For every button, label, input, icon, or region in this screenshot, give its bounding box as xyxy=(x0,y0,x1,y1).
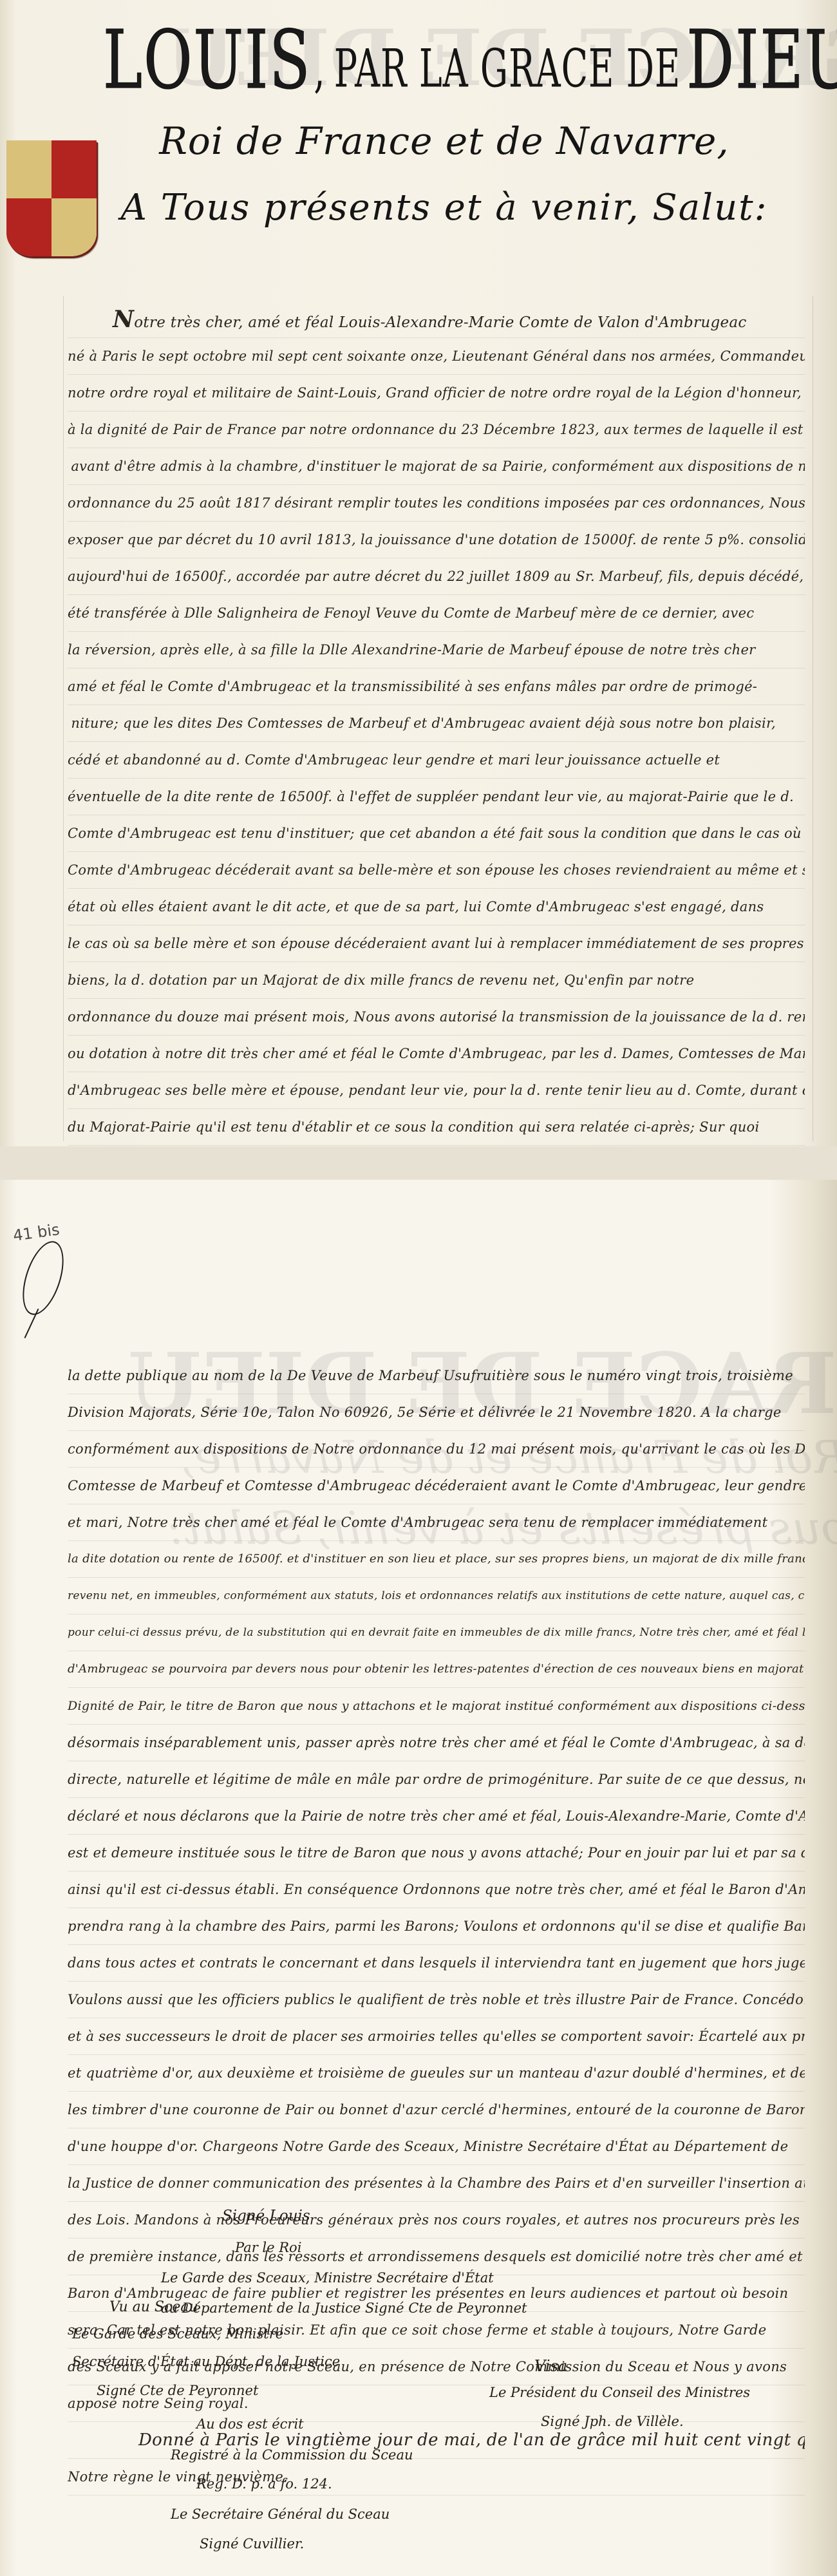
text-line: et quatrième d'or, aux deuxième et trois… xyxy=(68,2055,805,2092)
text-line: la Justice de donner communication des p… xyxy=(68,2165,805,2202)
left-block-signature: Signé Cte de Peyronnet xyxy=(97,2383,258,2398)
shield-quarter-or-2 xyxy=(52,198,97,256)
garde-des-sceaux-line2: au Département de la Justice Signé Cte d… xyxy=(161,2300,527,2316)
secretaire-general: Le Secrétaire Général du Sceau xyxy=(171,2506,390,2522)
text-line: est et demeure instituée sous le titre d… xyxy=(68,1835,805,1871)
text-line: Comte d'Ambrugeac est tenu d'instituer; … xyxy=(68,815,805,852)
title-dieu: DIEU xyxy=(686,14,837,106)
text-line: éventuelle de la dite rente de 16500f. à… xyxy=(68,779,805,815)
text-line: né à Paris le sept octobre mil sept cent… xyxy=(68,338,805,375)
page-gap xyxy=(0,1146,837,1180)
text-line: dans tous actes et contrats le concernan… xyxy=(68,1945,805,1982)
text-line: la dette publique au nom de la De Veuve … xyxy=(68,1358,805,1394)
text-line: amé et féal le Comte d'Ambrugeac et la t… xyxy=(68,668,805,705)
registre-reference: Reg. D. p. a fo. 124. xyxy=(196,2476,332,2492)
text-line: et mari, Notre très cher amé et féal le … xyxy=(68,1504,805,1541)
document-page-1: LOUIS, PAR LA GRACE DE DIEU LOUIS, PAR L… xyxy=(0,0,837,1180)
text-line: biens, la d. dotation par un Majorat de … xyxy=(68,962,805,999)
shield-quarter-gueules-2 xyxy=(6,198,52,256)
text-line: Comtesse de Marbeuf et Comtesse d'Ambrug… xyxy=(68,1468,805,1504)
text-line: les timbrer d'une couronne de Pair ou bo… xyxy=(68,2092,805,2128)
text-line: Notre règne le vingt neuvième. xyxy=(68,2459,805,2495)
visa: Visa xyxy=(534,2357,567,2375)
text-line: la réversion, après elle, à sa fille la … xyxy=(68,632,805,668)
text-line: et à ses successeurs le droit de placer … xyxy=(68,2018,805,2055)
president-conseil-line1: Le Président du Conseil des Ministres xyxy=(489,2385,750,2400)
text-line: notre ordre royal et militaire de Saint-… xyxy=(68,375,805,412)
text-line: cédé et abandonné au d. Comte d'Ambrugea… xyxy=(68,742,805,779)
text-line: des Lois. Mandons à nos Procureurs génér… xyxy=(68,2202,805,2239)
signature-cuvillier: Signé Cuvillier. xyxy=(200,2536,304,2552)
president-conseil-signature: Signé Jph. de Villèle. xyxy=(541,2414,684,2429)
text-line: pour celui-ci dessus prévu, de la substi… xyxy=(68,1615,805,1651)
text-line: le cas où sa belle mère et son épouse dé… xyxy=(68,925,805,962)
roi-de-france-line: Roi de France et de Navarre, xyxy=(103,119,785,163)
registre-commission: Registré à la Commission du Sceau xyxy=(171,2447,413,2463)
text-line: aujourd'hui de 16500f., accordée par aut… xyxy=(68,558,805,595)
text-line: ainsi qu'il est ci-dessus établi. En con… xyxy=(68,1871,805,1908)
text-line: niture; que les dites Des Comtesses de M… xyxy=(68,705,805,742)
shield-quarter-gueules-1 xyxy=(52,140,97,198)
left-block-line2: Secrétaire d'État au Dépt. de la Justice xyxy=(72,2354,340,2369)
text-line: désormais inséparablement unis, passer a… xyxy=(68,1725,805,1761)
text-line: Dignité de Pair, le titre de Baron que n… xyxy=(68,1688,805,1725)
text-line: la dite dotation ou rente de 16500f. et … xyxy=(68,1541,805,1578)
garde-des-sceaux-line1: Le Garde des Sceaux, Ministre Secrétaire… xyxy=(161,2270,494,2286)
salut-line: A Tous présents et à venir, Salut: xyxy=(103,187,785,229)
text-line: Division Majorats, Série 10e, Talon No 6… xyxy=(68,1394,805,1431)
text-line: déclaré et nous déclarons que la Pairie … xyxy=(68,1798,805,1835)
text-line: état où elles étaient avant le dit acte,… xyxy=(68,889,805,925)
right-margin-rule xyxy=(813,296,813,1141)
shield-quarter-or-1 xyxy=(6,140,52,198)
page1-body-text: Notre très cher, amé et féal Louis-Alexa… xyxy=(68,301,805,1180)
page2-body-text: la dette publique au nom de la De Veuve … xyxy=(68,1358,805,2495)
text-line: ou dotation à notre dit très cher amé et… xyxy=(68,1036,805,1072)
signature-louis: Signé Louis xyxy=(222,2208,310,2224)
text-line: exposer que par décret du 10 avril 1813,… xyxy=(68,522,805,558)
text-line: d'Ambrugeac ses belle mère et épouse, pe… xyxy=(68,1072,805,1109)
text-line: Comte d'Ambrugeac décéderait avant sa be… xyxy=(68,852,805,889)
text-line: ordonnance du 25 août 1817 désirant remp… xyxy=(68,485,805,522)
au-dos-est-ecrit: Au dos est écrit xyxy=(196,2416,304,2432)
left-block-line1: Le Garde des Sceaux, Ministre xyxy=(72,2326,283,2342)
text-line: d'Ambrugeac se pourvoira par devers nous… xyxy=(68,1651,805,1688)
text-line: Voulons aussi que les officiers publics … xyxy=(68,1982,805,2018)
royal-title: LOUIS, PAR LA GRACE DE DIEU, xyxy=(103,26,785,95)
title-louis: LOUIS xyxy=(103,14,311,106)
text-line: à la dignité de Pair de France par notre… xyxy=(68,412,805,448)
par-le-roi: Par le Roi xyxy=(235,2240,301,2255)
left-margin-rule xyxy=(63,296,64,1141)
title-par-la-grace-de: PAR LA GRACE DE xyxy=(334,38,681,99)
text-line: du Majorat-Pairie qu'il est tenu d'établ… xyxy=(68,1109,805,1146)
text-line: avant d'être admis à la chambre, d'insti… xyxy=(68,448,805,485)
text-line: Notre très cher, amé et féal Louis-Alexa… xyxy=(68,301,805,338)
text-line: d'une houppe d'or. Chargeons Notre Garde… xyxy=(68,2128,805,2165)
text-line: prendra rang à la chambre des Pairs, par… xyxy=(68,1908,805,1945)
text-line: ordonnance du douze mai présent mois, No… xyxy=(68,999,805,1036)
text-line: conformément aux dispositions de Notre o… xyxy=(68,1431,805,1468)
coat-of-arms-icon xyxy=(6,140,97,256)
vu-au-sceau: Vu au Sceau xyxy=(109,2299,198,2315)
text-line: été transférée à Dlle Salignheira de Fen… xyxy=(68,595,805,632)
text-line: directe, naturelle et légitime de mâle e… xyxy=(68,1761,805,1798)
text-line: revenu net, en immeubles, conformément a… xyxy=(68,1578,805,1615)
